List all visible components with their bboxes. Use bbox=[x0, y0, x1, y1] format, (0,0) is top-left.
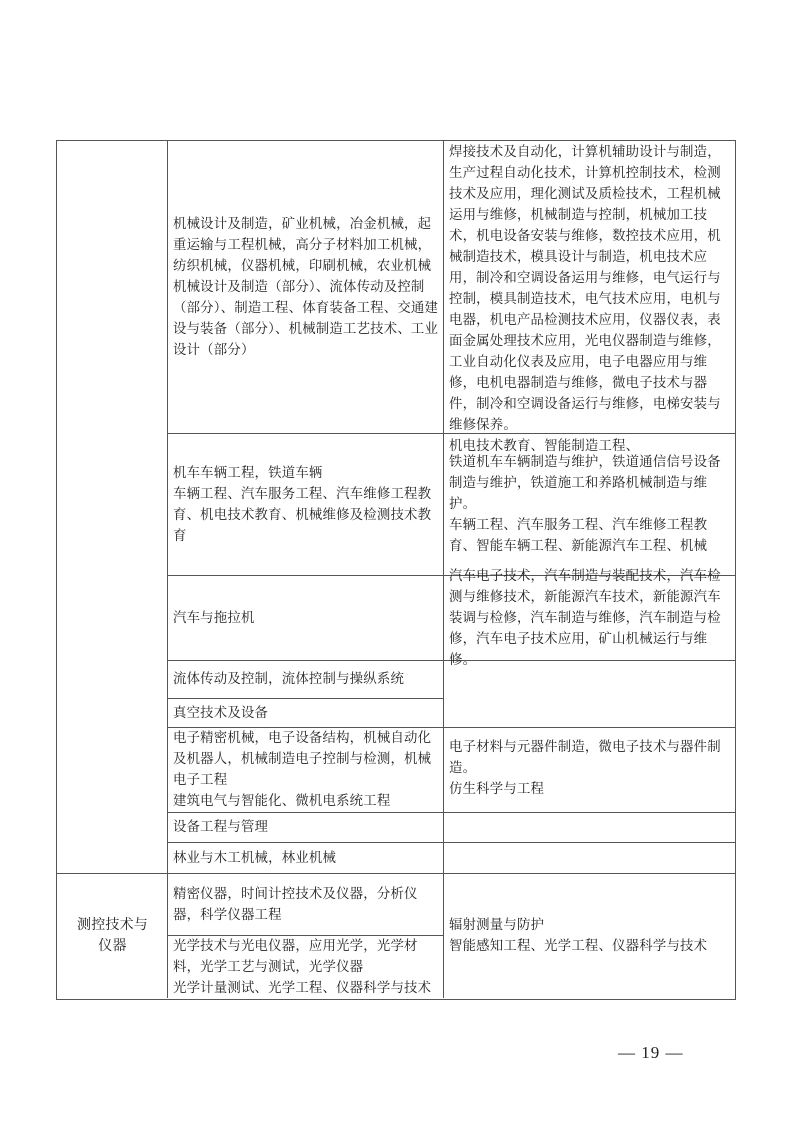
related-majors-text: 辐射测量与防护 智能感知工程、光学工程、仪器科学与技术 bbox=[449, 915, 731, 957]
majors-text: 精密仪器，时间计控技术及仪器，分析仪器，科学仪器工程 bbox=[173, 884, 439, 926]
majors-text: 机械设计及制造，矿业机械，冶金机械，起重运输与工程机械，高分子材料加工机械，纺织… bbox=[173, 214, 439, 361]
related-majors-text: 焊接技术及自动化，计算机辅助设计与制造，生产过程自动化技术，计算机控制技术，检测… bbox=[449, 142, 731, 457]
related-majors-cell bbox=[444, 843, 735, 873]
majors-cell: 电子精密机械，电子设备结构，机械自动化及机器人，机械制造电子控制与检测，机械电子… bbox=[168, 728, 443, 812]
majors-text: 林业与木工机械，林业机械 bbox=[173, 848, 439, 869]
category-cell: 测控技术与 仪器 bbox=[57, 874, 167, 998]
related-majors-cell bbox=[444, 661, 735, 727]
page-number: — 19 — bbox=[618, 1043, 684, 1063]
related-majors-cell: 汽车电子技术，汽车制造与装配技术，汽车检测与维修技术，新能源汽车技术，新能源汽车… bbox=[444, 576, 735, 660]
major-catalog-table: 机械设计及制造，矿业机械，冶金机械，起重运输与工程机械，高分子材料加工机械，纺织… bbox=[56, 140, 736, 1000]
related-majors-cell: 辐射测量与防护 智能感知工程、光学工程、仪器科学与技术 bbox=[444, 874, 735, 998]
category-cell bbox=[57, 141, 167, 873]
majors-text: 机车车辆工程，铁道车辆 车辆工程、汽车服务工程、汽车维修工程教育、机电技术教育、… bbox=[173, 463, 439, 547]
majors-cell: 设备工程与管理 bbox=[168, 813, 443, 842]
majors-cell: 真空技术及设备 bbox=[168, 699, 443, 727]
related-majors-cell: 铁道机车车辆制造与维护，铁道通信信号设备制造与维护，铁道施工和养路机械制造与维护… bbox=[444, 434, 735, 575]
document-page: 机械设计及制造，矿业机械，冶金机械，起重运输与工程机械，高分子材料加工机械，纺织… bbox=[0, 0, 794, 1123]
majors-cell: 流体传动及控制，流体控制与操纵系统 bbox=[168, 661, 443, 698]
majors-text: 汽车与拖拉机 bbox=[173, 608, 439, 629]
related-majors-text: 铁道机车车辆制造与维护，铁道通信信号设备制造与维护，铁道施工和养路机械制造与维护… bbox=[449, 452, 731, 557]
category-label: 测控技术与 仪器 bbox=[62, 915, 163, 957]
majors-cell: 汽车与拖拉机 bbox=[168, 576, 443, 660]
majors-cell: 机车车辆工程，铁道车辆 车辆工程、汽车服务工程、汽车维修工程教育、机电技术教育、… bbox=[168, 434, 443, 575]
majors-cell: 林业与木工机械，林业机械 bbox=[168, 843, 443, 873]
related-majors-cell bbox=[444, 813, 735, 842]
majors-text: 真空技术及设备 bbox=[173, 703, 439, 724]
related-majors-cell: 焊接技术及自动化，计算机辅助设计与制造，生产过程自动化技术，计算机控制技术，检测… bbox=[444, 141, 735, 433]
majors-text: 电子精密机械，电子设备结构，机械自动化及机器人，机械制造电子控制与检测，机械电子… bbox=[173, 728, 439, 812]
related-majors-text: 汽车电子技术，汽车制造与装配技术，汽车检测与维修技术，新能源汽车技术，新能源汽车… bbox=[449, 566, 731, 671]
majors-text: 光学技术与光电仪器，应用光学，光学材料，光学工艺与测试，光学仪器 光学计量测试、… bbox=[173, 936, 439, 999]
related-majors-cell: 电子材料与元器件制造，微电子技术与器件制造。 仿生科学与工程 bbox=[444, 728, 735, 812]
majors-cell: 机械设计及制造，矿业机械，冶金机械，起重运输与工程机械，高分子材料加工机械，纺织… bbox=[168, 141, 443, 433]
majors-text: 设备工程与管理 bbox=[173, 817, 439, 838]
related-majors-text: 电子材料与元器件制造，微电子技术与器件制造。 仿生科学与工程 bbox=[449, 737, 731, 800]
majors-text: 流体传动及控制，流体控制与操纵系统 bbox=[173, 669, 439, 690]
majors-cell: 精密仪器，时间计控技术及仪器，分析仪器，科学仪器工程 bbox=[168, 874, 443, 935]
majors-cell: 光学技术与光电仪器，应用光学，光学材料，光学工艺与测试，光学仪器 光学计量测试、… bbox=[168, 936, 443, 998]
